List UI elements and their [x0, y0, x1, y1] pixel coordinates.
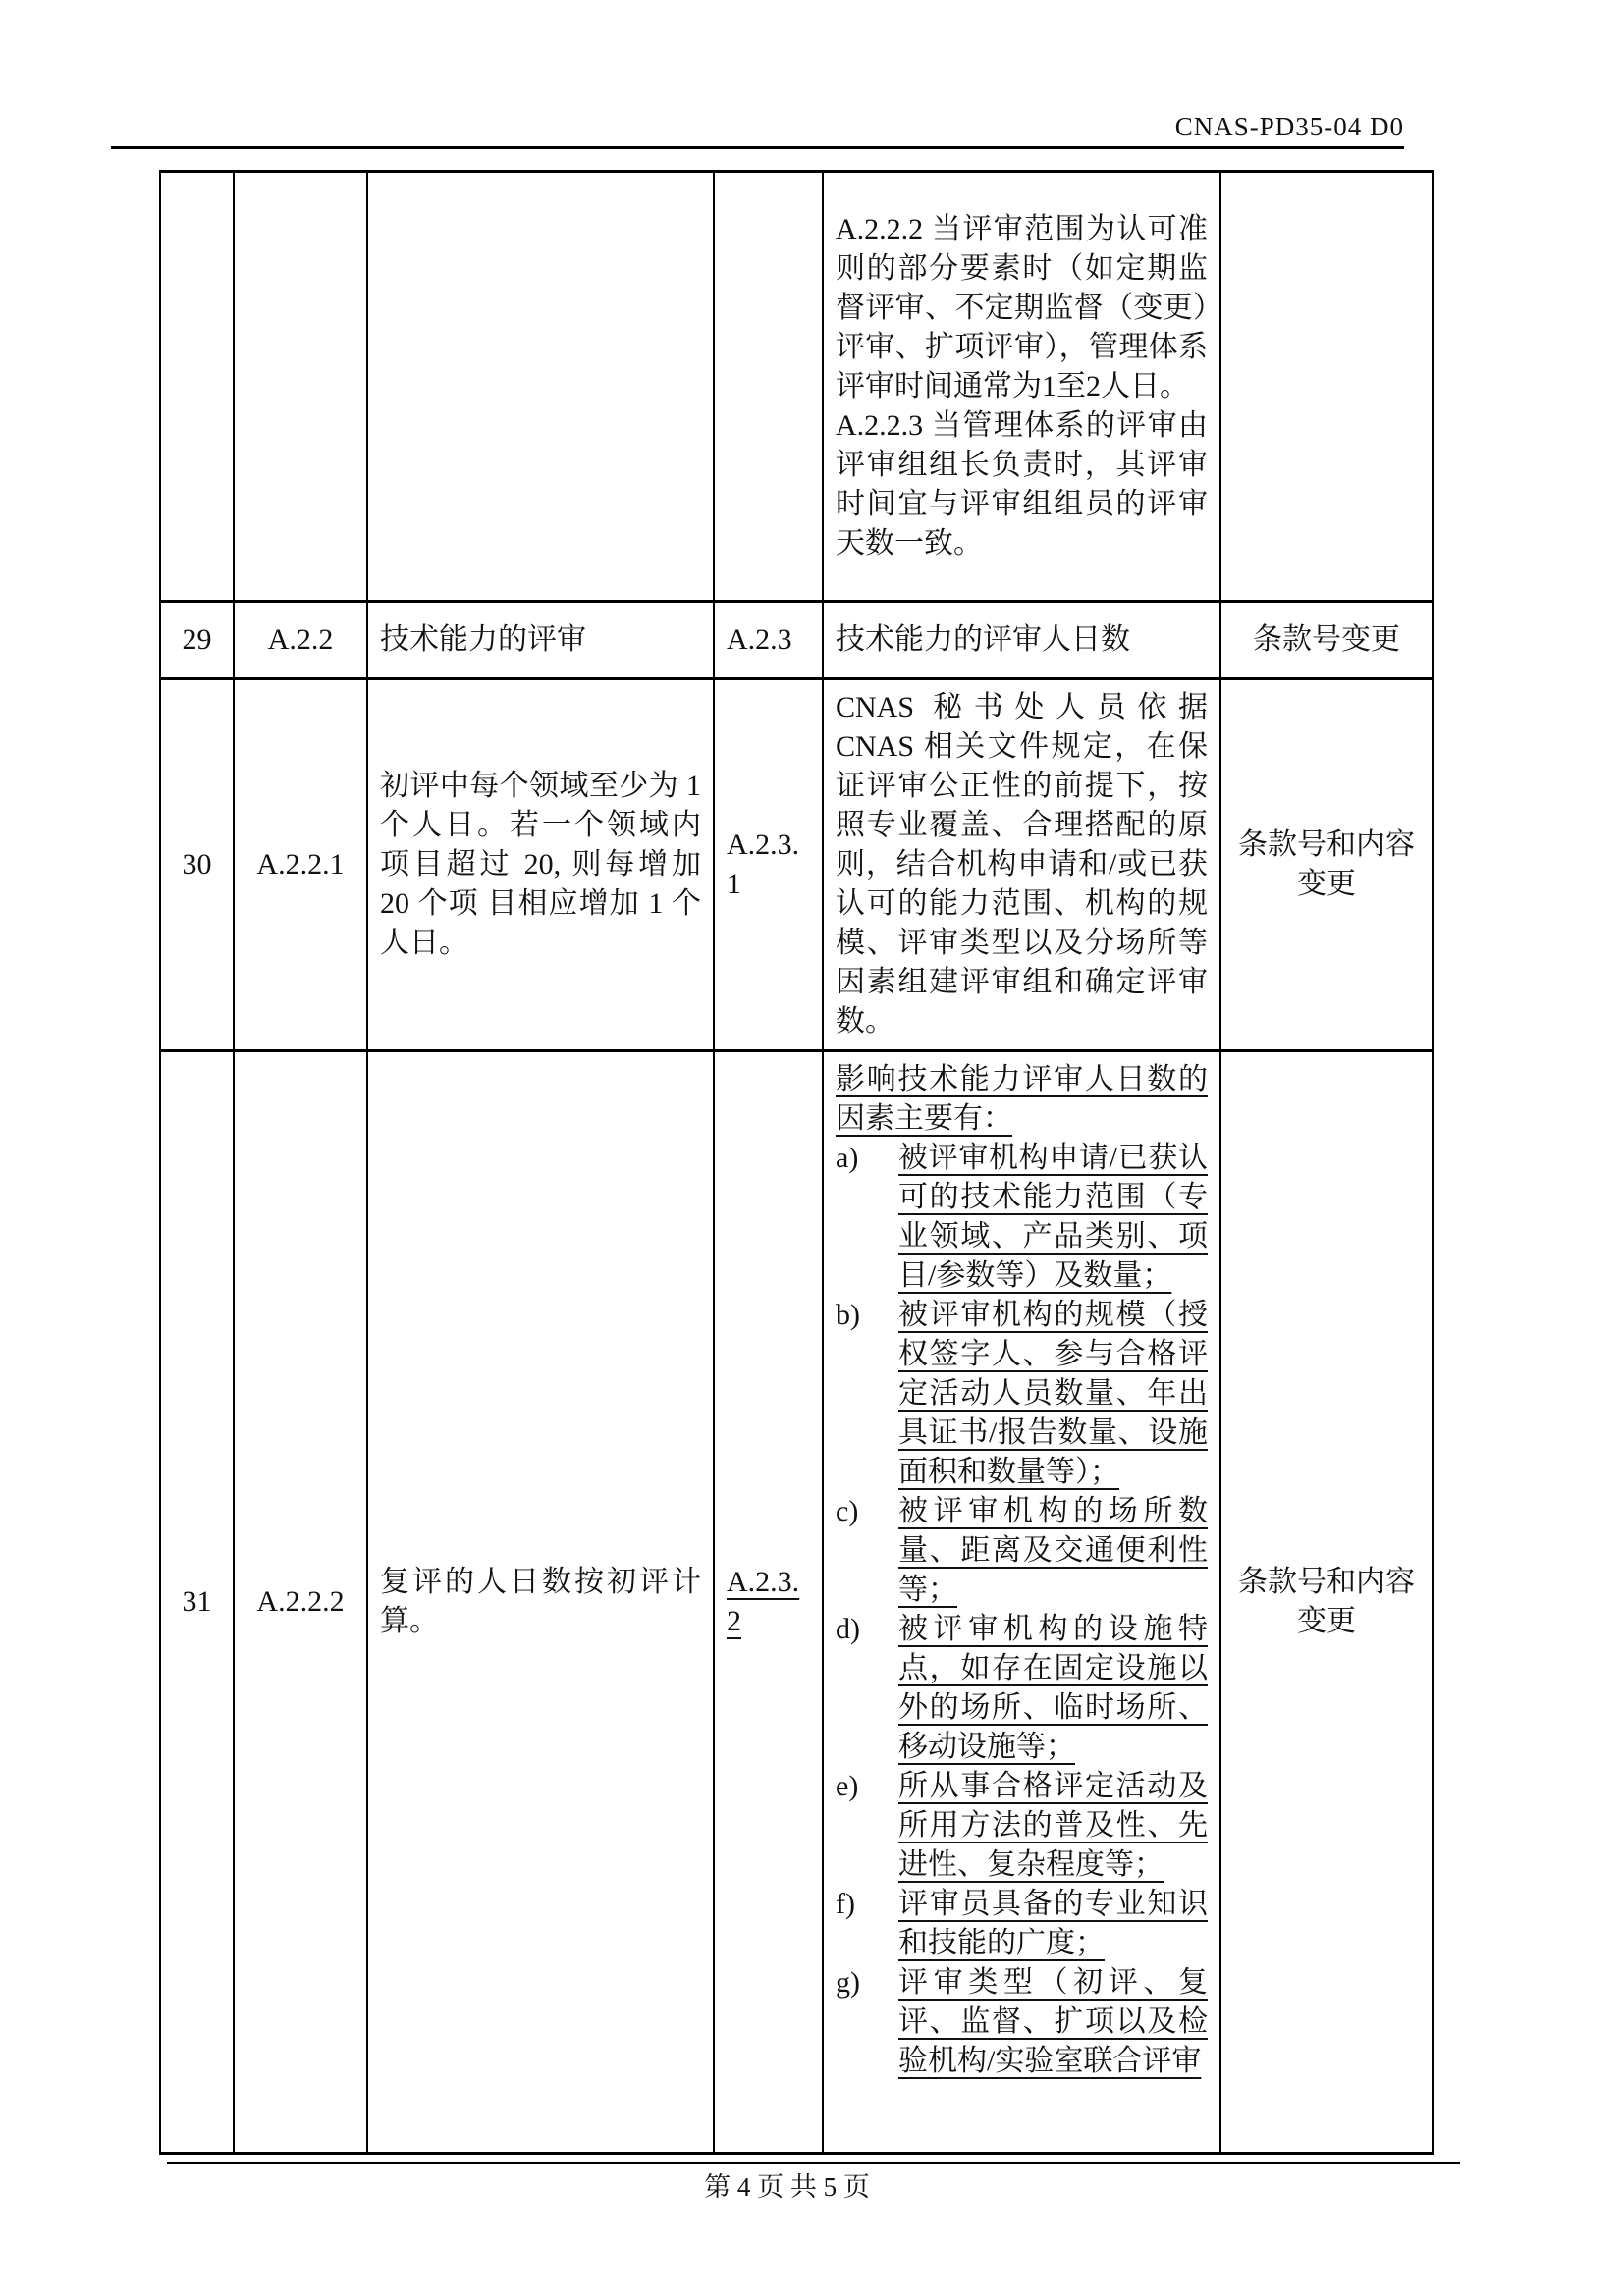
- page-number: 第 4 页 共 5 页: [111, 2170, 1463, 2204]
- list-item: a) 被评审机构申请/已获认可的技术能力范围（专业领域、产品类别、项目/参数等）…: [836, 1139, 1208, 1296]
- cell-new-clause: A.2.3.2: [714, 1051, 823, 2154]
- revision-comparison-table: A.2.2.2 当评审范围为认可准则的部分要素时（如定期监督评审、不定期监督（变…: [159, 170, 1434, 2155]
- cell-row-no: [160, 172, 234, 602]
- cell-new-content: CNAS 秘书处人员依据 CNAS 相关文件规定，在保证评审公正性的前提下，按照…: [823, 679, 1220, 1051]
- list-item-marker: f): [836, 1885, 898, 1924]
- cell-row-no: 31: [160, 1051, 234, 2154]
- cell-old-content: 初评中每个领域至少为 1 个人日。若一个领域内项目超过 20, 则每增加 20 …: [367, 679, 714, 1051]
- cell-old-clause: A.2.2: [234, 602, 367, 679]
- header-rule: [111, 146, 1404, 149]
- list-item-text: 被评审机构的规模（授权签字人、参与合格评定活动人员数量、年出具证书/报告数量、设…: [898, 1296, 1208, 1492]
- list-item: d) 被评审机构的设施特点，如存在固定设施以外的场所、临时场所、移动设施等；: [836, 1610, 1208, 1767]
- list-item: c) 被评审机构的场所数量、距离及交通便利性等；: [836, 1492, 1208, 1610]
- cell-change-type: 条款号变更: [1220, 602, 1433, 679]
- list-intro: 影响技术能力评审人日数的因素主要有：: [836, 1060, 1208, 1139]
- cell-new-clause: A.2.3: [714, 602, 823, 679]
- list-item-text: 所从事合格评定活动及所用方法的普及性、先进性、复杂程度等；: [898, 1767, 1208, 1885]
- cell-old-content: 技术能力的评审: [367, 602, 714, 679]
- list-item: b) 被评审机构的规模（授权签字人、参与合格评定活动人员数量、年出具证书/报告数…: [836, 1296, 1208, 1492]
- doc-code: CNAS-PD35-04 D0: [111, 112, 1404, 142]
- list-item-marker: a): [836, 1139, 898, 1178]
- cell-row-no: 30: [160, 679, 234, 1051]
- list-item-text: 被评审机构的场所数量、距离及交通便利性等；: [898, 1492, 1208, 1610]
- cell-new-clause: [714, 172, 823, 602]
- table-row-29: 29 A.2.2 技术能力的评审 A.2.3 技术能力的评审人日数 条款号变更: [160, 602, 1433, 679]
- cell-new-content: 技术能力的评审人日数: [823, 602, 1220, 679]
- new-clause-inserted: A.2.3.2: [727, 1566, 799, 1637]
- cell-old-clause: A.2.2.1: [234, 679, 367, 1051]
- list-item: f) 评审员具备的专业知识和技能的广度；: [836, 1885, 1208, 1963]
- list-item-text: 被评审机构申请/已获认可的技术能力范围（专业领域、产品类别、项目/参数等）及数量…: [898, 1139, 1208, 1296]
- document-page: CNAS-PD35-04 D0 A.2.2.2 当评审范围为认可准则的部分要素时…: [0, 0, 1624, 2296]
- list-item: e) 所从事合格评定活动及所用方法的普及性、先进性、复杂程度等；: [836, 1767, 1208, 1885]
- cell-old-content: [367, 172, 714, 602]
- cell-new-content: 影响技术能力评审人日数的因素主要有： a) 被评审机构申请/已获认可的技术能力范…: [823, 1051, 1220, 2154]
- cell-old-clause: A.2.2.2: [234, 1051, 367, 2154]
- list-item-marker: b): [836, 1296, 898, 1335]
- cell-change-type: 条款号和内容变更: [1220, 679, 1433, 1051]
- table-row-30: 30 A.2.2.1 初评中每个领域至少为 1 个人日。若一个领域内项目超过 2…: [160, 679, 1433, 1051]
- list-item: g) 评审类型（初评、复评、监督、扩项以及检验机构/实验室联合评审: [836, 1963, 1208, 2081]
- list-item-marker: c): [836, 1492, 898, 1531]
- list-item-text: 被评审机构的设施特点，如存在固定设施以外的场所、临时场所、移动设施等；: [898, 1610, 1208, 1767]
- list-item-marker: g): [836, 1963, 898, 2002]
- table-row-31: 31 A.2.2.2 复评的人日数按初评计算。 A.2.3.2 影响技术能力评审…: [160, 1051, 1433, 2154]
- cell-change-type: 条款号和内容变更: [1220, 1051, 1433, 2154]
- list-item-text: 评审类型（初评、复评、监督、扩项以及检验机构/实验室联合评审: [898, 1963, 1208, 2081]
- table-row-continuation: A.2.2.2 当评审范围为认可准则的部分要素时（如定期监督评审、不定期监督（变…: [160, 172, 1433, 602]
- paragraph: A.2.2.2 当评审范围为认可准则的部分要素时（如定期监督评审、不定期监督（变…: [836, 210, 1208, 406]
- cell-old-clause: [234, 172, 367, 602]
- list-item-marker: d): [836, 1610, 898, 1649]
- cell-old-content: 复评的人日数按初评计算。: [367, 1051, 714, 2154]
- cell-new-content: A.2.2.2 当评审范围为认可准则的部分要素时（如定期监督评审、不定期监督（变…: [823, 172, 1220, 602]
- list-item-marker: e): [836, 1767, 898, 1806]
- cell-change-type: [1220, 172, 1433, 602]
- footer-rule: [167, 2162, 1460, 2164]
- list-item-text: 评审员具备的专业知识和技能的广度；: [898, 1885, 1208, 1963]
- cell-row-no: 29: [160, 602, 234, 679]
- paragraph: A.2.2.3 当管理体系的评审由评审组组长负责时，其评审时间宜与评审组组员的评…: [836, 406, 1208, 563]
- cell-new-clause: A.2.3.1: [714, 679, 823, 1051]
